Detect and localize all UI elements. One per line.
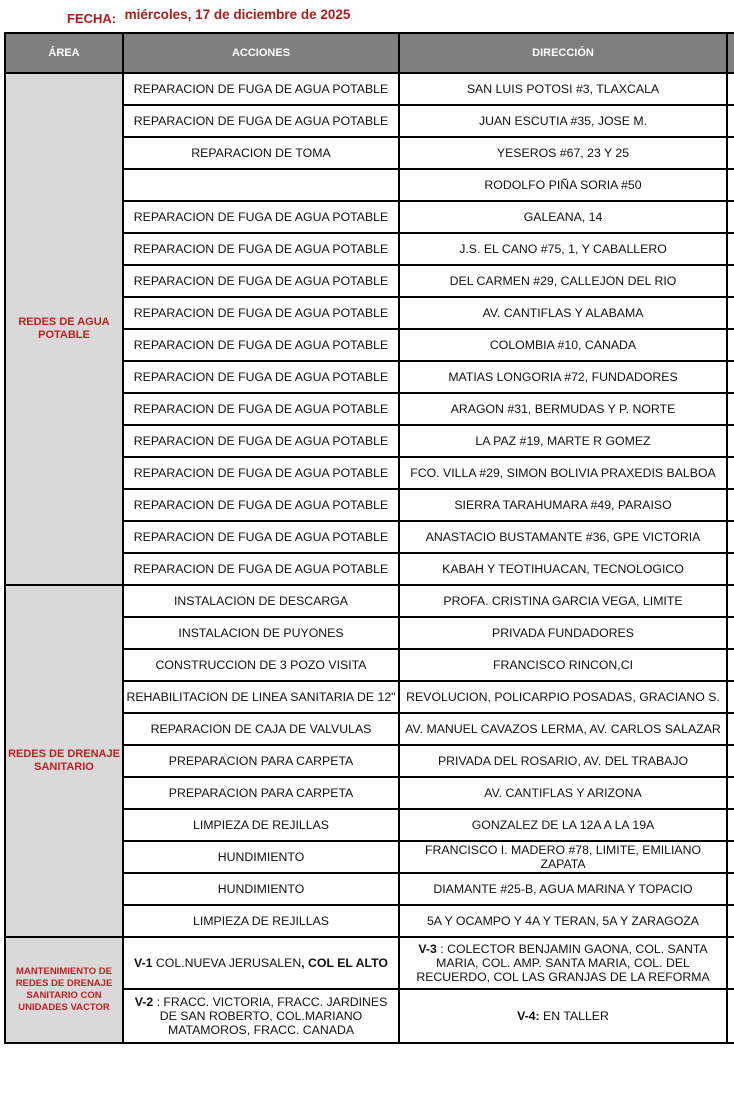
accion-cell: LIMPIEZA DE REJILLAS [123, 905, 399, 937]
accion-cell: REPARACION DE FUGA DE AGUA POTABLE [123, 457, 399, 489]
direccion-cell: ANASTACIO BUSTAMANTE #36, GPE VICTORIA [399, 521, 727, 553]
direccion-cell: DEL CARMEN #29, CALLEJON DEL RIO [399, 265, 727, 297]
edge-cell [727, 233, 734, 265]
direccion-cell: J.S. EL CANO #75, 1, Y CABALLERO [399, 233, 727, 265]
vactor-v2-cell: V-2 : FRACC. VICTORIA, FRACC. JARDINES D… [123, 989, 399, 1043]
accion-cell [123, 169, 399, 201]
direccion-cell: PRIVADA DEL ROSARIO, AV. DEL TRABAJO [399, 745, 727, 777]
table-row: REDES DE DRENAJE SANITARIOINSTALACION DE… [5, 585, 734, 617]
direccion-cell: COLOMBIA #10, CANADA [399, 329, 727, 361]
accion-cell: REPARACION DE FUGA DE AGUA POTABLE [123, 361, 399, 393]
v2-text: : FRACC. VICTORIA, FRACC. JARDINES DE SA… [153, 995, 387, 1037]
direccion-cell: DIAMANTE #25-B, AGUA MARINA Y TOPACIO [399, 873, 727, 905]
accion-cell: REPARACION DE FUGA DE AGUA POTABLE [123, 297, 399, 329]
direccion-cell: 5A Y OCAMPO Y 4A Y TERAN, 5A Y ZARAGOZA [399, 905, 727, 937]
edge-cell [727, 137, 734, 169]
accion-cell: REPARACION DE CAJA DE VALVULAS [123, 713, 399, 745]
direccion-cell: YESEROS #67, 23 Y 25 [399, 137, 727, 169]
direccion-cell: ARAGON #31, BERMUDAS Y P. NORTE [399, 393, 727, 425]
area-cell-vactor: MANTENIMIENTO DE REDES DE DRENAJE SANITA… [5, 937, 123, 1043]
direccion-cell: MATIAS LONGORIA #72, FUNDADORES [399, 361, 727, 393]
vactor-section: MANTENIMIENTO DE REDES DE DRENAJE SANITA… [5, 937, 734, 1043]
accion-cell: REHABILITACION DE LINEA SANITARIA DE 12" [123, 681, 399, 713]
header-row: ÁREA ACCIONES DIRECCIÓN [5, 33, 734, 73]
edge-cell [727, 105, 734, 137]
edge-cell [727, 905, 734, 937]
direccion-cell: REVOLUCION, POLICARPIO POSADAS, GRACIANO… [399, 681, 727, 713]
accion-cell: PREPARACION PARA CARPETA [123, 777, 399, 809]
direccion-cell: GALEANA, 14 [399, 201, 727, 233]
header-direccion: DIRECCIÓN [399, 33, 727, 73]
table-row: REDES DE AGUA POTABLEREPARACION DE FUGA … [5, 73, 734, 105]
accion-cell: REPARACION DE FUGA DE AGUA POTABLE [123, 201, 399, 233]
accion-cell: INSTALACION DE DESCARGA [123, 585, 399, 617]
edge-cell [727, 809, 734, 841]
accion-cell: INSTALACION DE PUYONES [123, 617, 399, 649]
edge-cell [727, 989, 734, 1043]
actions-table: ÁREA ACCIONES DIRECCIÓN REDES DE AGUA PO… [4, 32, 734, 1044]
edge-cell [727, 457, 734, 489]
drenaje-section: REDES DE DRENAJE SANITARIOINSTALACION DE… [5, 585, 734, 937]
direccion-cell: AV. CANTIFLAS Y ALABAMA [399, 297, 727, 329]
direccion-cell: GONZALEZ DE LA 12A A LA 19A [399, 809, 727, 841]
edge-cell [727, 297, 734, 329]
header-acciones: ACCIONES [123, 33, 399, 73]
accion-cell: REPARACION DE TOMA [123, 137, 399, 169]
accion-cell: REPARACION DE FUGA DE AGUA POTABLE [123, 521, 399, 553]
edge-cell [727, 489, 734, 521]
edge-cell [727, 617, 734, 649]
edge-cell [727, 873, 734, 905]
edge-cell [727, 777, 734, 809]
direccion-cell: JUAN ESCUTIA #35, JOSE M. [399, 105, 727, 137]
edge-cell [727, 681, 734, 713]
accion-cell: REPARACION DE FUGA DE AGUA POTABLE [123, 233, 399, 265]
direccion-cell: FCO. VILLA #29, SIMON BOLIVIA PRAXEDIS B… [399, 457, 727, 489]
edge-cell [727, 937, 734, 989]
edge-cell [727, 201, 734, 233]
direccion-cell: LA PAZ #19, MARTE R GOMEZ [399, 425, 727, 457]
header-area: ÁREA [5, 33, 123, 73]
edge-cell [727, 521, 734, 553]
accion-cell: HUNDIMIENTO [123, 873, 399, 905]
edge-cell [727, 553, 734, 585]
direccion-cell: SAN LUIS POTOSI #3, TLAXCALA [399, 73, 727, 105]
edge-cell [727, 73, 734, 105]
area-cell-agua: REDES DE AGUA POTABLE [5, 73, 123, 585]
fecha-value: miércoles, 17 de diciembre de 2025 [125, 7, 351, 22]
direccion-cell: RODOLFO PIÑA SORIA #50 [399, 169, 727, 201]
accion-cell: REPARACION DE FUGA DE AGUA POTABLE [123, 329, 399, 361]
edge-cell [727, 169, 734, 201]
v4-text: EN TALLER [540, 1009, 609, 1023]
vactor-v1-cell: V-1 COL.NUEVA JERUSALEN, COL EL ALTO [123, 937, 399, 989]
edge-cell [727, 361, 734, 393]
direccion-cell: FRANCISCO I. MADERO #78, LIMITE, EMILIAN… [399, 841, 727, 873]
accion-cell: HUNDIMIENTO [123, 841, 399, 873]
table-row: MANTENIMIENTO DE REDES DE DRENAJE SANITA… [5, 937, 734, 989]
header-extra [727, 33, 734, 73]
edge-cell [727, 425, 734, 457]
accion-cell: PREPARACION PARA CARPETA [123, 745, 399, 777]
direccion-cell: KABAH Y TEOTIHUACAN, TECNOLOGICO [399, 553, 727, 585]
accion-cell: CONSTRUCCION DE 3 POZO VISITA [123, 649, 399, 681]
direccion-cell: FRANCISCO RINCON,CI [399, 649, 727, 681]
direccion-cell: AV. CANTIFLAS Y ARIZONA [399, 777, 727, 809]
direccion-cell: PROFA. CRISTINA GARCIA VEGA, LIMITE [399, 585, 727, 617]
direccion-cell: PRIVADA FUNDADORES [399, 617, 727, 649]
v2-unit: V-2 [135, 995, 153, 1009]
accion-cell: REPARACION DE FUGA DE AGUA POTABLE [123, 265, 399, 297]
edge-cell [727, 745, 734, 777]
direccion-cell: SIERRA TARAHUMARA #49, PARAISO [399, 489, 727, 521]
edge-cell [727, 841, 734, 873]
fecha-label: FECHA: [67, 11, 116, 26]
v1-unit: V-1 [134, 956, 152, 970]
v4-unit: V-4: [517, 1009, 540, 1023]
accion-cell: REPARACION DE FUGA DE AGUA POTABLE [123, 393, 399, 425]
accion-cell: LIMPIEZA DE REJILLAS [123, 809, 399, 841]
vactor-v4-cell: V-4: EN TALLER [399, 989, 727, 1043]
v1-bold-tail: , COL EL ALTO [301, 956, 388, 970]
accion-cell: REPARACION DE FUGA DE AGUA POTABLE [123, 425, 399, 457]
area-cell-drenaje: REDES DE DRENAJE SANITARIO [5, 585, 123, 937]
edge-cell [727, 265, 734, 297]
accion-cell: REPARACION DE FUGA DE AGUA POTABLE [123, 105, 399, 137]
edge-cell [727, 329, 734, 361]
direccion-cell: AV. MANUEL CAVAZOS LERMA, AV. CARLOS SAL… [399, 713, 727, 745]
accion-cell: REPARACION DE FUGA DE AGUA POTABLE [123, 489, 399, 521]
v1-text: COL.NUEVA JERUSALEN [152, 956, 301, 970]
v3-text: : COLECTOR BENJAMIN GAONA, COL. SANTA MA… [416, 942, 709, 984]
v3-unit: V-3 [418, 942, 436, 956]
fecha-header: FECHA: miércoles, 17 de diciembre de 202… [67, 6, 350, 26]
agua-section: REDES DE AGUA POTABLEREPARACION DE FUGA … [5, 73, 734, 585]
edge-cell [727, 713, 734, 745]
accion-cell: REPARACION DE FUGA DE AGUA POTABLE [123, 73, 399, 105]
edge-cell [727, 585, 734, 617]
accion-cell: REPARACION DE FUGA DE AGUA POTABLE [123, 553, 399, 585]
vactor-v3-cell: V-3 : COLECTOR BENJAMIN GAONA, COL. SANT… [399, 937, 727, 989]
edge-cell [727, 393, 734, 425]
edge-cell [727, 649, 734, 681]
